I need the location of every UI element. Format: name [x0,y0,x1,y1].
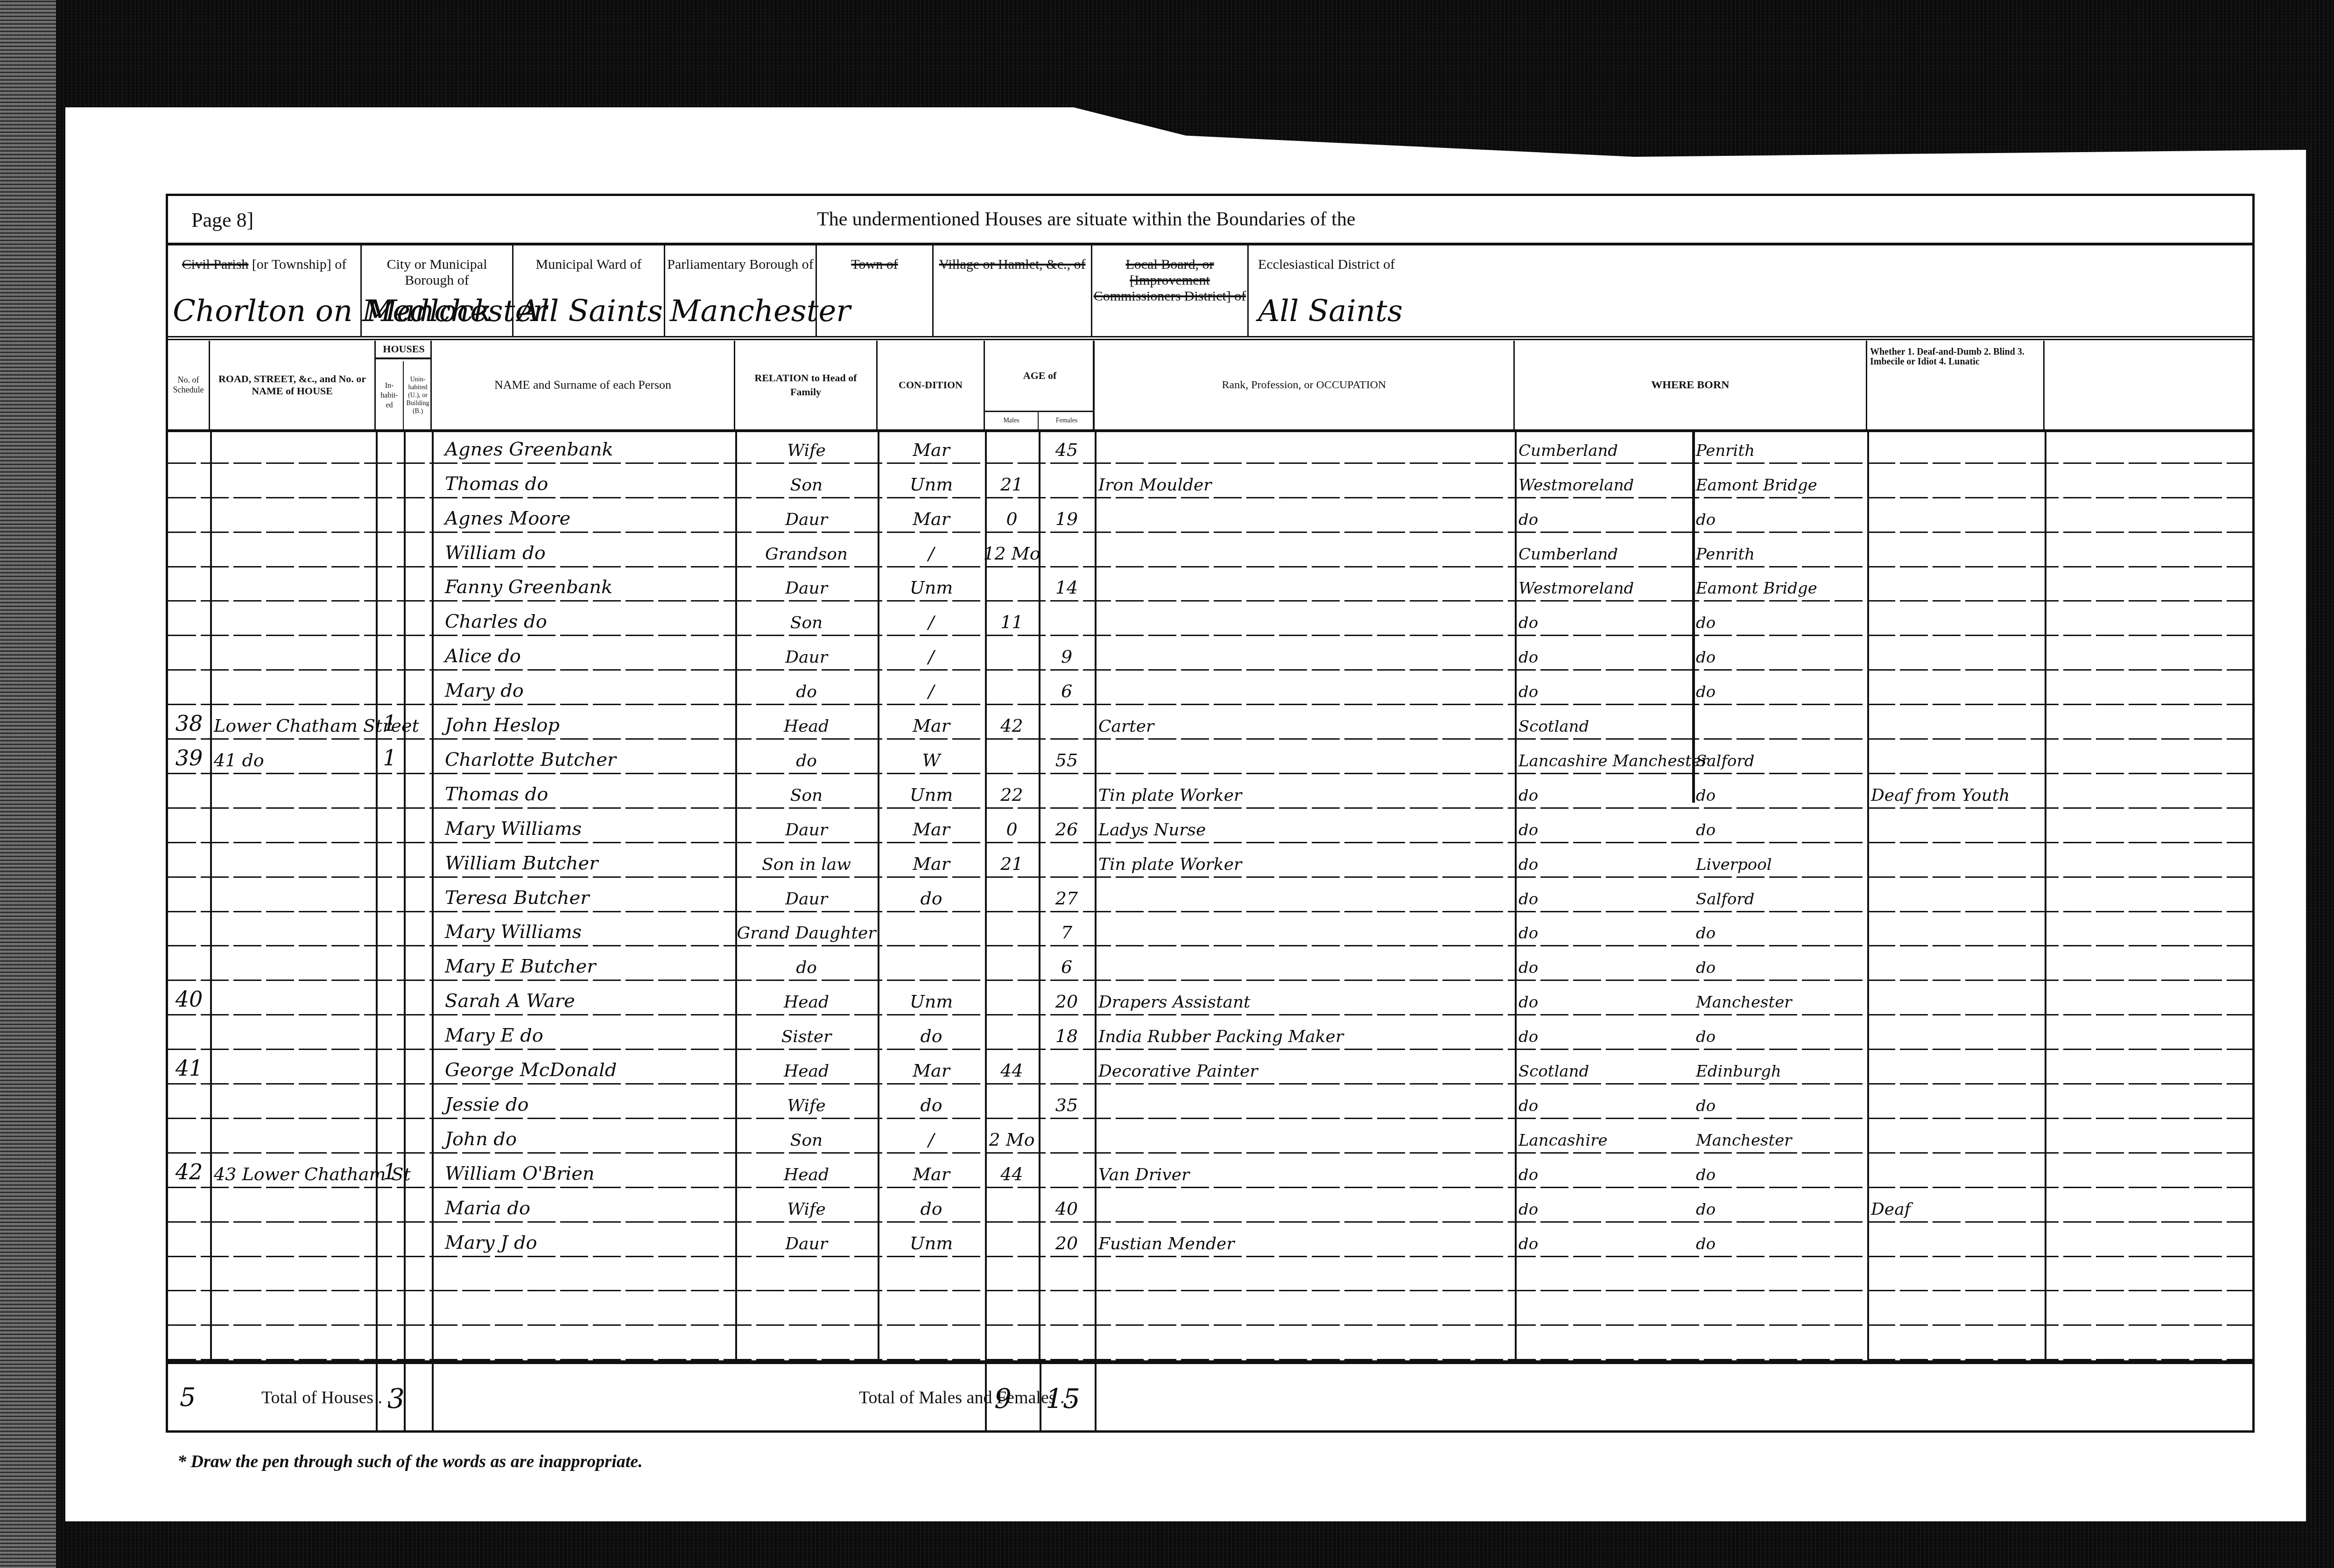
cell-born-place [1696,1257,1863,1292]
cell-uninhabited [408,1154,428,1188]
cell-relation: Son [739,774,874,809]
cell-uninhabited [408,1292,428,1326]
col-uninhabited: Unin-habited (U.), or Building (B.) [404,361,432,429]
cell-road [214,602,372,637]
cell-condition: / [881,533,981,567]
cell-road: 41 do [214,740,372,774]
cell-condition: Unm [881,1223,981,1257]
cell-occupation [1098,1085,1511,1119]
cell-male-age [989,740,1035,774]
cell-schedule: 39 [172,740,206,774]
scan-edge [0,0,56,1568]
cell-name: Maria do [436,1188,731,1223]
cell-male-age [989,1292,1035,1326]
cell-occupation [1098,1257,1511,1292]
cell-schedule [172,774,206,809]
cell-inhabited [380,878,400,912]
table-row: Mary J doDaurUnm20Fustian Menderdodo [168,1223,2252,1257]
cell-male-age: 21 [989,464,1035,498]
cell-born-county: Lancashire [1519,1119,1688,1154]
cell-infirmity [1871,1292,2041,1326]
cell-female-age: 6 [1042,671,1091,705]
cell-road [214,429,372,464]
cell-female-age: 40 [1042,1188,1091,1223]
cell-born-county: do [1519,774,1688,809]
table-row [168,1257,2252,1292]
col-condition: CON-DITION [878,341,985,429]
total-houses-value: 3 [387,1383,405,1414]
table-row: 4243 Lower Chatham St1William O'BrienHea… [168,1154,2252,1188]
cell-uninhabited [408,567,428,602]
cell-uninhabited [408,533,428,567]
cell-relation: Grand Daughter [739,912,874,947]
cell-male-age: 22 [989,774,1035,809]
cell-relation: Head [739,981,874,1015]
cell-inhabited [380,1257,400,1292]
title-row: Page 8] The undermentioned Houses are si… [168,196,2252,245]
cell-name: Mary Williams [436,809,731,843]
cell-schedule [172,636,206,671]
cell-female-age: 9 [1042,636,1091,671]
cell-schedule: 42 [172,1154,206,1188]
col-females: Females [1039,411,1095,429]
cell-male-age: 21 [989,843,1035,878]
cell-condition: do [881,1015,981,1050]
cell-name [436,1257,731,1292]
cell-female-age: 55 [1042,740,1091,774]
cell-condition: do [881,1188,981,1223]
cell-road [214,1119,372,1154]
cell-occupation: Iron Moulder [1098,464,1511,498]
cell-occupation [1098,912,1511,947]
cell-born-place: Edinburgh [1696,1050,1863,1085]
cell-road [214,533,372,567]
cell-uninhabited [408,1119,428,1154]
cell-road [214,1292,372,1326]
cell-schedule [172,1257,206,1292]
cell-female-age: 20 [1042,1223,1091,1257]
cell-relation: Sister [739,1015,874,1050]
cell-name: William do [436,533,731,567]
table-row: William doGrandson/12 MoCumberlandPenrit… [168,533,2252,567]
col-age: AGE of [985,341,1095,411]
cell-name: Thomas do [436,774,731,809]
cell-condition: / [881,636,981,671]
form-title: The undermentioned Houses are situate wi… [817,208,1356,231]
cell-schedule [172,1292,206,1326]
cell-female-age: 27 [1042,878,1091,912]
cell-uninhabited [408,981,428,1015]
cell-infirmity [1871,1326,2041,1360]
cell-condition: / [881,602,981,637]
cell-uninhabited [408,498,428,533]
location-field-label: Civil Parish [or Township] of [168,257,360,273]
cell-born-place: Salford [1696,740,1863,774]
cell-inhabited [380,1085,400,1119]
table-row: Jessie doWifedo35dodo [168,1085,2252,1119]
cell-road [214,1188,372,1223]
cell-name: Charlotte Butcher [436,740,731,774]
table-row: 41George McDonaldHeadMar44Decorative Pai… [168,1050,2252,1085]
location-field: Ecclesiastical District ofAll Saints [1249,243,2252,336]
cell-born-county: do [1519,947,1688,981]
cell-born-county: do [1519,809,1688,843]
cell-inhabited [380,981,400,1015]
cell-born-place: do [1696,1188,1863,1223]
cell-name [436,1292,731,1326]
location-field: Parliamentary Borough ofManchester [665,243,817,336]
cell-born-county: do [1519,1188,1688,1223]
cell-condition: Mar [881,498,981,533]
cell-male-age [989,1188,1035,1223]
cell-female-age [1042,533,1091,567]
location-field-value: All Saints [518,294,659,329]
cell-relation: Grandson [739,533,874,567]
cell-infirmity [1871,498,2041,533]
location-field-value: All Saints [1258,294,1454,329]
table-row: William ButcherSon in lawMar21Tin plate … [168,843,2252,878]
cell-relation: Wife [739,1188,874,1223]
table-row: Mary E Butcherdo6dodo [168,947,2252,981]
cell-uninhabited [408,1257,428,1292]
cell-relation: Son in law [739,843,874,878]
cell-born-place: do [1696,671,1863,705]
location-field: Town of [817,243,934,336]
cell-born-place: do [1696,1015,1863,1050]
cell-born-place: Liverpool [1696,843,1863,878]
cell-infirmity [1871,878,2041,912]
cell-born-place: do [1696,1154,1863,1188]
cell-male-age: 2 Mo [989,1119,1035,1154]
cell-uninhabited [408,1188,428,1223]
cell-female-age: 35 [1042,1085,1091,1119]
cell-occupation [1098,602,1511,637]
table-row: Fanny GreenbankDaurUnm14WestmorelandEamo… [168,567,2252,602]
cell-born-place [1696,1326,1863,1360]
cell-born-county: do [1519,671,1688,705]
cell-relation: Son [739,602,874,637]
cell-uninhabited [408,1085,428,1119]
cell-inhabited [380,1050,400,1085]
cell-born-place: do [1696,602,1863,637]
cell-infirmity [1871,705,2041,740]
cell-relation: Wife [739,429,874,464]
cell-infirmity [1871,1085,2041,1119]
cell-female-age [1042,1326,1091,1360]
cell-male-age [989,1257,1035,1292]
location-field-label: Village or Hamlet, &c., of [934,257,1091,273]
cell-road [214,671,372,705]
location-field-label: Ecclesiastical District of [1258,257,1454,273]
cell-uninhabited [408,843,428,878]
table-row: Mary WilliamsDaurMar026Ladys Nursedodo [168,809,2252,843]
cell-infirmity [1871,671,2041,705]
cell-female-age: 18 [1042,1015,1091,1050]
cell-occupation: Decorative Painter [1098,1050,1511,1085]
cell-female-age: 45 [1042,429,1091,464]
table-row: Thomas doSonUnm21Iron MoulderWestmorelan… [168,464,2252,498]
cell-male-age: 0 [989,498,1035,533]
cell-born-place: Manchester [1696,1119,1863,1154]
cell-inhabited [380,429,400,464]
cell-occupation: Van Driver [1098,1154,1511,1188]
cell-infirmity [1871,1119,2041,1154]
table-row: Mary dodo/6dodo [168,671,2252,705]
cell-born-county: Westmoreland [1519,567,1688,602]
cell-born-place: do [1696,1223,1863,1257]
table-row: Charles doSon/11dodo [168,602,2252,637]
total-females-value: 15 [1046,1383,1080,1414]
cell-uninhabited [408,671,428,705]
cell-relation [739,1326,874,1360]
cell-uninhabited [408,947,428,981]
cell-infirmity [1871,1154,2041,1188]
cell-male-age [989,878,1035,912]
cell-name: Agnes Greenbank [436,429,731,464]
census-rows: Agnes GreenbankWifeMar45CumberlandPenrit… [168,429,2252,1360]
location-field: Municipal Ward ofAll Saints [513,243,665,336]
cell-road [214,947,372,981]
table-row: John doSon/2 MoLancashireManchester [168,1119,2252,1154]
cell-born-place: Salford [1696,878,1863,912]
cell-occupation [1098,1326,1511,1360]
cell-born-county: do [1519,1223,1688,1257]
cell-condition: / [881,671,981,705]
cell-schedule: 38 [172,705,206,740]
cell-road [214,912,372,947]
cell-condition [881,947,981,981]
totals-row: 5 Total of Houses . . 3 Total of Males a… [168,1360,2252,1434]
cell-name: Mary E do [436,1015,731,1050]
cell-female-age [1042,705,1091,740]
cell-infirmity [1871,947,2041,981]
cell-relation: Daur [739,636,874,671]
cell-male-age [989,1015,1035,1050]
cell-uninhabited [408,878,428,912]
cell-relation [739,1292,874,1326]
cell-occupation: India Rubber Packing Maker [1098,1015,1511,1050]
location-field: City or Municipal Borough ofManchester [362,243,513,336]
cell-relation: Daur [739,809,874,843]
cell-male-age [989,1223,1035,1257]
cell-born-county: Cumberland [1519,429,1688,464]
cell-name [436,1326,731,1360]
cell-condition: Unm [881,774,981,809]
col-schedule: No. of Schedule [168,341,210,429]
location-field-label: City or Municipal Borough of [362,257,512,288]
cell-road [214,567,372,602]
cell-uninhabited [408,1223,428,1257]
location-field-value: Manchester [670,294,811,329]
cell-male-age: 42 [989,705,1035,740]
cell-female-age [1042,1119,1091,1154]
cell-born-county: do [1519,602,1688,637]
cell-infirmity [1871,1050,2041,1085]
cell-road [214,1223,372,1257]
cell-occupation [1098,429,1511,464]
cell-condition: Unm [881,981,981,1015]
cell-road [214,774,372,809]
location-field: Local Board, or [Improvement Commissione… [1092,243,1249,336]
cell-male-age: 44 [989,1050,1035,1085]
cell-occupation [1098,947,1511,981]
location-field-label: Municipal Ward of [513,257,664,273]
cell-relation: Daur [739,498,874,533]
cell-born-place: do [1696,774,1863,809]
footnote: * Draw the pen through such of the words… [177,1451,643,1472]
cell-born-place: do [1696,912,1863,947]
location-field-label: Local Board, or [Improvement Commissione… [1092,257,1247,304]
cell-road [214,1326,372,1360]
cell-uninhabited [408,705,428,740]
cell-relation: Son [739,1119,874,1154]
location-field-label: Parliamentary Borough of [665,257,815,273]
table-row: Agnes GreenbankWifeMar45CumberlandPenrit… [168,429,2252,464]
cell-inhabited [380,947,400,981]
cell-born-county: do [1519,1154,1688,1188]
table-row: Mary WilliamsGrand Daughter7dodo [168,912,2252,947]
cell-relation: do [739,947,874,981]
cell-schedule [172,429,206,464]
col-road: ROAD, STREET, &c., and No. or NAME of HO… [210,341,376,429]
col-name: NAME and Surname of each Person [432,341,735,429]
cell-female-age: 6 [1042,947,1091,981]
cell-schedule [172,498,206,533]
cell-schedule [172,878,206,912]
cell-occupation: Tin plate Worker [1098,774,1511,809]
cell-road [214,843,372,878]
cell-male-age: 44 [989,1154,1035,1188]
cell-occupation [1098,636,1511,671]
cell-relation: Wife [739,1085,874,1119]
cell-condition [881,912,981,947]
cell-schedule [172,809,206,843]
cell-born-county: do [1519,912,1688,947]
cell-road [214,1050,372,1085]
cell-occupation: Drapers Assistant [1098,981,1511,1015]
cell-name: Mary Williams [436,912,731,947]
cell-condition: Mar [881,429,981,464]
cell-name: Fanny Greenbank [436,567,731,602]
cell-inhabited: 1 [380,1154,400,1188]
cell-schedule [172,464,206,498]
cell-relation: Son [739,464,874,498]
location-field-value: Manchester [366,294,507,329]
cell-female-age: 14 [1042,567,1091,602]
cell-born-place: Penrith [1696,429,1863,464]
cell-road [214,498,372,533]
cell-condition: Mar [881,843,981,878]
cell-born-county [1519,1326,1688,1360]
cell-infirmity [1871,912,2041,947]
cell-infirmity [1871,429,2041,464]
cell-relation: Head [739,705,874,740]
cell-born-county: Cumberland [1519,533,1688,567]
cell-infirmity: Deaf [1871,1188,2041,1223]
cell-relation [739,1257,874,1292]
cell-schedule [172,671,206,705]
cell-occupation [1098,1292,1511,1326]
cell-schedule [172,843,206,878]
cell-born-county: do [1519,1085,1688,1119]
cell-condition: Unm [881,567,981,602]
cell-female-age: 19 [1042,498,1091,533]
location-field-value: Chorlton on Medlock [173,294,356,329]
table-row [168,1326,2252,1360]
cell-uninhabited [408,602,428,637]
cell-born-county: Lancashire Manchester [1519,740,1688,774]
cell-road [214,809,372,843]
cell-road [214,981,372,1015]
cell-uninhabited [408,774,428,809]
cell-born-place: do [1696,947,1863,981]
cell-infirmity [1871,843,2041,878]
cell-male-age [989,636,1035,671]
cell-infirmity [1871,740,2041,774]
cell-inhabited [380,1188,400,1223]
cell-female-age: 26 [1042,809,1091,843]
cell-name: Mary do [436,671,731,705]
col-inhabited: In-habit-ed [376,361,404,429]
cell-name: Sarah A Ware [436,981,731,1015]
total-schedules: 5 [180,1383,196,1412]
table-row: 40Sarah A WareHeadUnm20Drapers Assistant… [168,981,2252,1015]
cell-infirmity [1871,636,2041,671]
cell-schedule [172,912,206,947]
cell-inhabited [380,774,400,809]
cell-road [214,636,372,671]
cell-name: Agnes Moore [436,498,731,533]
cell-condition: do [881,878,981,912]
col-males: Males [985,411,1039,429]
cell-born-county [1519,1292,1688,1326]
cell-occupation: Carter [1098,705,1511,740]
cell-born-county: Scotland [1519,1050,1688,1085]
cell-road [214,878,372,912]
table-row [168,1292,2252,1326]
cell-schedule [172,533,206,567]
cell-name: George McDonald [436,1050,731,1085]
table-row: Teresa ButcherDaurdo27doSalford [168,878,2252,912]
cell-inhabited [380,464,400,498]
cell-name: Thomas do [436,464,731,498]
cell-occupation [1098,1119,1511,1154]
cell-born-place: do [1696,498,1863,533]
cell-occupation [1098,740,1511,774]
cell-female-age [1042,1154,1091,1188]
cell-born-county: do [1519,843,1688,878]
cell-born-place [1696,1292,1863,1326]
cell-occupation [1098,878,1511,912]
location-header-row: Civil Parish [or Township] ofChorlton on… [168,243,2252,340]
table-row: Mary E doSisterdo18India Rubber Packing … [168,1015,2252,1050]
column-headers: No. of Schedule ROAD, STREET, &c., and N… [168,341,2252,432]
cell-uninhabited [408,912,428,947]
cell-infirmity [1871,602,2041,637]
cell-born-place: Penrith [1696,533,1863,567]
cell-inhabited: 1 [380,705,400,740]
cell-relation: Daur [739,878,874,912]
cell-male-age [989,981,1035,1015]
table-row: Thomas doSonUnm22Tin plate WorkerdodoDea… [168,774,2252,809]
cell-condition: Unm [881,464,981,498]
cell-male-age: 0 [989,809,1035,843]
cell-born-place: Manchester [1696,981,1863,1015]
cell-uninhabited [408,1050,428,1085]
cell-schedule [172,567,206,602]
cell-born-place: Eamont Bridge [1696,464,1863,498]
cell-inhabited [380,843,400,878]
